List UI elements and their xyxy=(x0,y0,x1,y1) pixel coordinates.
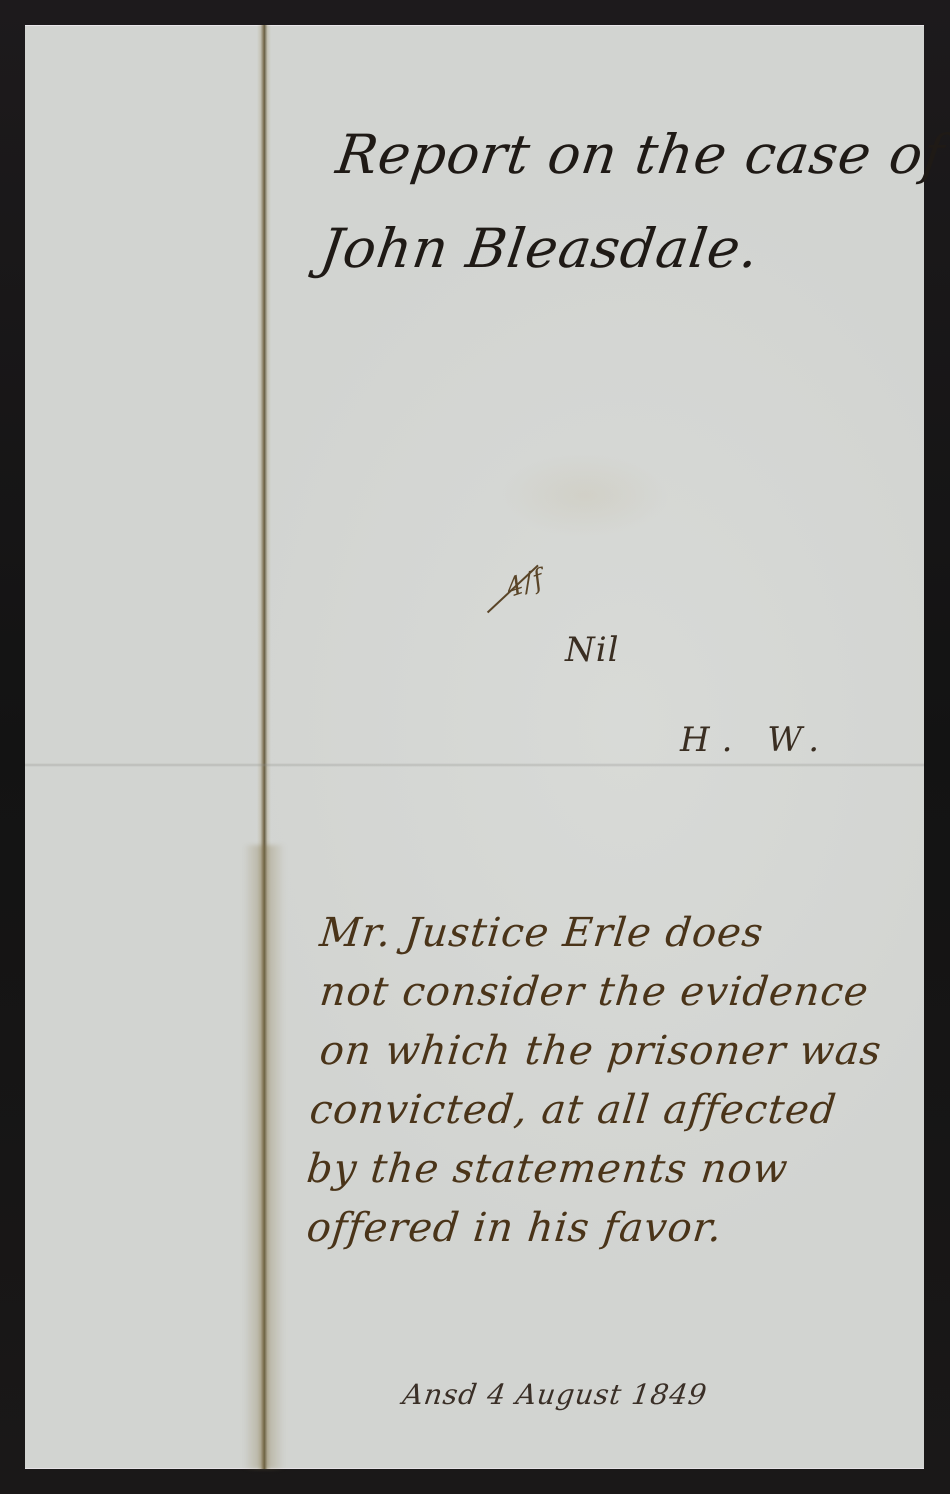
body-line-4: convicted, at all affected xyxy=(308,1087,839,1133)
fold-stain xyxy=(243,845,285,1469)
title-line-1: Report on the case of xyxy=(333,123,949,186)
struck-annotation: [illegible, struck through]4/f xyxy=(477,564,548,613)
body-line-6: offered in his favor. xyxy=(305,1205,725,1251)
body-line-1: Mr. Justice Erle does xyxy=(318,910,766,956)
nil-annotation: Nil xyxy=(565,630,620,670)
body-line-2: not consider the evidence xyxy=(318,969,872,1015)
manuscript-page: Report on the case of John Bleasdale. [i… xyxy=(25,25,924,1469)
body-line-5: by the statements now xyxy=(305,1146,791,1192)
horizontal-fold-line xyxy=(25,763,924,767)
initials-annotation: H. W. xyxy=(680,720,831,760)
title-line-2: John Bleasdale. xyxy=(317,217,764,280)
answered-date-note: Ansd 4 August 1849 xyxy=(401,1378,710,1411)
body-line-3: on which the prisoner was xyxy=(318,1028,884,1074)
